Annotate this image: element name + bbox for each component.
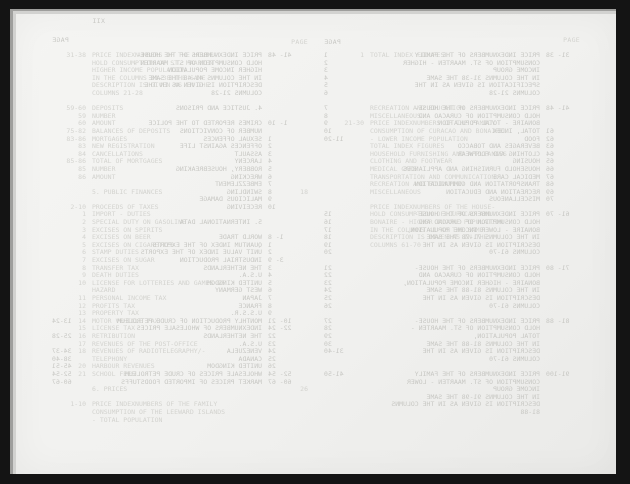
entry-text: MARKET PRICES OF IMPORTED FOODSTUFFS	[84, 379, 262, 387]
page-number	[52, 120, 84, 128]
page-number	[52, 158, 84, 166]
column-number: 61- 70	[540, 211, 576, 219]
column-number	[262, 75, 298, 83]
column-number	[262, 82, 298, 90]
page-number	[324, 181, 356, 189]
entry-text: THE NETHERLANDS	[84, 333, 262, 341]
page-number	[324, 196, 356, 204]
column-number	[540, 272, 576, 280]
entry-text: COLUMNS 61-70	[356, 356, 540, 364]
page-number	[324, 174, 356, 182]
column-number	[540, 90, 576, 98]
entry-text: COLUMNS 21-28	[84, 90, 262, 98]
page-number	[324, 98, 356, 106]
page-number	[52, 113, 84, 121]
column-number	[540, 113, 576, 121]
page-number	[52, 75, 84, 83]
column-number	[540, 234, 576, 242]
entry-text: 5. INTERNATIONAL DATA	[84, 219, 262, 227]
page-number	[52, 295, 84, 303]
column-number	[262, 60, 298, 68]
column-number: 10	[262, 204, 298, 212]
column-number: 41- 48	[262, 52, 298, 60]
page-number	[324, 158, 356, 166]
column-number	[540, 295, 576, 303]
column-number: 71- 80	[540, 265, 576, 273]
toc-row: 4. JUSTICE AND PRISONS	[52, 105, 298, 113]
page-number	[52, 67, 84, 75]
toc-row: COLUMNS 21-28	[52, 90, 298, 98]
page-number: 41-50	[324, 371, 356, 379]
page-number	[52, 257, 84, 265]
page-number	[52, 303, 84, 311]
page-number	[52, 128, 84, 136]
page-number	[52, 211, 84, 219]
toc-row: COLUMNS 21-28 6	[324, 90, 576, 98]
page-number	[324, 151, 356, 159]
page-number: 11-20	[324, 136, 356, 144]
column-number	[540, 75, 576, 83]
page-number	[324, 409, 356, 417]
page-number: 25-28	[52, 333, 84, 341]
toc-row: COLUMNS 61-70	[324, 356, 576, 364]
page-number: 31-40	[324, 348, 356, 356]
page-number: 6	[324, 90, 356, 98]
toc-row: COLUMNS 61-70 20	[324, 249, 576, 257]
page-number	[52, 265, 84, 273]
page-number	[52, 280, 84, 288]
page-number	[324, 166, 356, 174]
entry-text: MISCELLANEOUS	[356, 196, 540, 204]
entry-text: COLUMNS 61-70	[356, 303, 540, 311]
toc-row: 5. INTERNATIONAL DATA	[52, 219, 298, 227]
column-number	[540, 394, 576, 402]
page-number	[52, 249, 84, 257]
column-number: 31- 38	[540, 52, 576, 60]
page-number: 60-67	[52, 379, 84, 387]
page-number	[52, 60, 84, 68]
page-number	[52, 151, 84, 159]
page-number	[52, 189, 84, 197]
page-number	[324, 386, 356, 394]
entry-text: 4. JUSTICE AND PRISONS	[84, 105, 262, 113]
page-number	[52, 181, 84, 189]
page-column-header-mirrored: PAGE	[52, 36, 298, 44]
entry-text: RECEIVING	[84, 204, 262, 212]
column-number	[262, 90, 298, 98]
toc-row: 10 RECEIVING	[52, 204, 298, 212]
page-number	[324, 379, 356, 387]
page-number: 1	[324, 52, 356, 60]
column-number: 41- 48	[540, 105, 576, 113]
page-column-header-mirrored: PAGE	[324, 38, 576, 46]
column-number: 81- 88	[540, 318, 576, 326]
column-number	[540, 249, 576, 257]
column-number	[540, 60, 576, 68]
column-number	[262, 219, 298, 227]
column-number	[540, 287, 576, 295]
entry-text: 81-88	[356, 409, 540, 417]
page-number	[324, 401, 356, 409]
toc-row: 70 MISCELLANEOUS	[324, 196, 576, 204]
page-number: 7	[324, 105, 356, 113]
page-number	[52, 105, 84, 113]
page-number: 4	[324, 75, 356, 83]
toc-row: 81-88	[324, 409, 576, 417]
column-number: 70	[540, 196, 576, 204]
page-number	[52, 272, 84, 280]
page-number: 13-24	[52, 318, 84, 326]
document-page: PAGE PAGE 31-38 PRICE INDEXNUMBERS OF TH…	[16, 14, 616, 474]
page-number	[52, 166, 84, 174]
column-number: 60- 67	[262, 379, 298, 387]
toc-row: 60- 67 MARKET PRICES OF IMPORTED FOODSTU…	[52, 379, 298, 387]
column-number	[540, 280, 576, 288]
column-number	[540, 379, 576, 387]
page-number	[52, 242, 84, 250]
column-number	[262, 67, 298, 75]
column-number	[540, 341, 576, 349]
entry-text: WEST GERMANY	[84, 287, 262, 295]
column-number	[540, 409, 576, 417]
page-number: 2	[324, 60, 356, 68]
column-number	[540, 67, 576, 75]
entry-text: TOTAL, INDEX	[356, 128, 540, 136]
toc-column-left-mirrored: 31- 38 PRICE INDEXNUMBERS OF THE FAMILY …	[324, 52, 576, 417]
page-number	[52, 287, 84, 295]
page-number	[52, 204, 84, 212]
entry-text: THE NETHERLANDS	[84, 265, 262, 273]
column-number	[540, 227, 576, 235]
column-number	[540, 333, 576, 341]
column-number: 1- 10	[262, 120, 298, 128]
entry-text: VENEZUELA	[84, 348, 262, 356]
page-number	[52, 98, 84, 106]
column-number	[540, 242, 576, 250]
column-number	[262, 98, 298, 106]
column-number	[540, 356, 576, 364]
page-number	[324, 394, 356, 402]
page-number: 5	[324, 82, 356, 90]
page-number: 3	[324, 67, 356, 75]
roman-page-numeral: XII	[92, 17, 105, 25]
page-number	[52, 174, 84, 182]
page-number	[52, 136, 84, 144]
column-number	[540, 348, 576, 356]
column-number	[540, 386, 576, 394]
page-number	[324, 143, 356, 151]
column-number	[540, 82, 576, 90]
page-number	[52, 227, 84, 235]
column-number	[540, 401, 576, 409]
entry-text: JAPAN	[84, 295, 262, 303]
page-number	[324, 189, 356, 197]
page-number	[52, 219, 84, 227]
page-number	[52, 90, 84, 98]
bleedthrough-mirrored-text-layer: XII PAGE PAGE 31- 38 PRICE INDEXNUMBERS …	[16, 14, 616, 474]
page-number	[52, 82, 84, 90]
page-number	[52, 52, 84, 60]
column-number	[540, 325, 576, 333]
page-number	[52, 234, 84, 242]
toc-column-right-mirrored: 41- 48 PRICE INDEXNUMBERS OF THE HOUSE- …	[52, 52, 298, 386]
page-number	[52, 196, 84, 204]
page-number	[52, 143, 84, 151]
page-number	[324, 356, 356, 364]
toc-row: COLUMNS 61-70 26	[324, 303, 576, 311]
page-number: 20	[324, 249, 356, 257]
scanned-page-screenshot: { "document": { "numeral": "XII", "page_…	[0, 0, 630, 484]
page-number: 8	[324, 113, 356, 121]
page-number: 26	[324, 303, 356, 311]
column-number	[262, 105, 298, 113]
column-number	[262, 211, 298, 219]
column-number	[540, 219, 576, 227]
entry-text: DESCRIPTION IS GIVEN AS IN THE COLUMNS	[356, 401, 540, 409]
entry-text: COLUMNS 61-70	[356, 249, 540, 257]
entry-text: COLUMNS 21-28	[356, 90, 540, 98]
column-number: 91-100	[540, 371, 576, 379]
column-number	[540, 303, 576, 311]
